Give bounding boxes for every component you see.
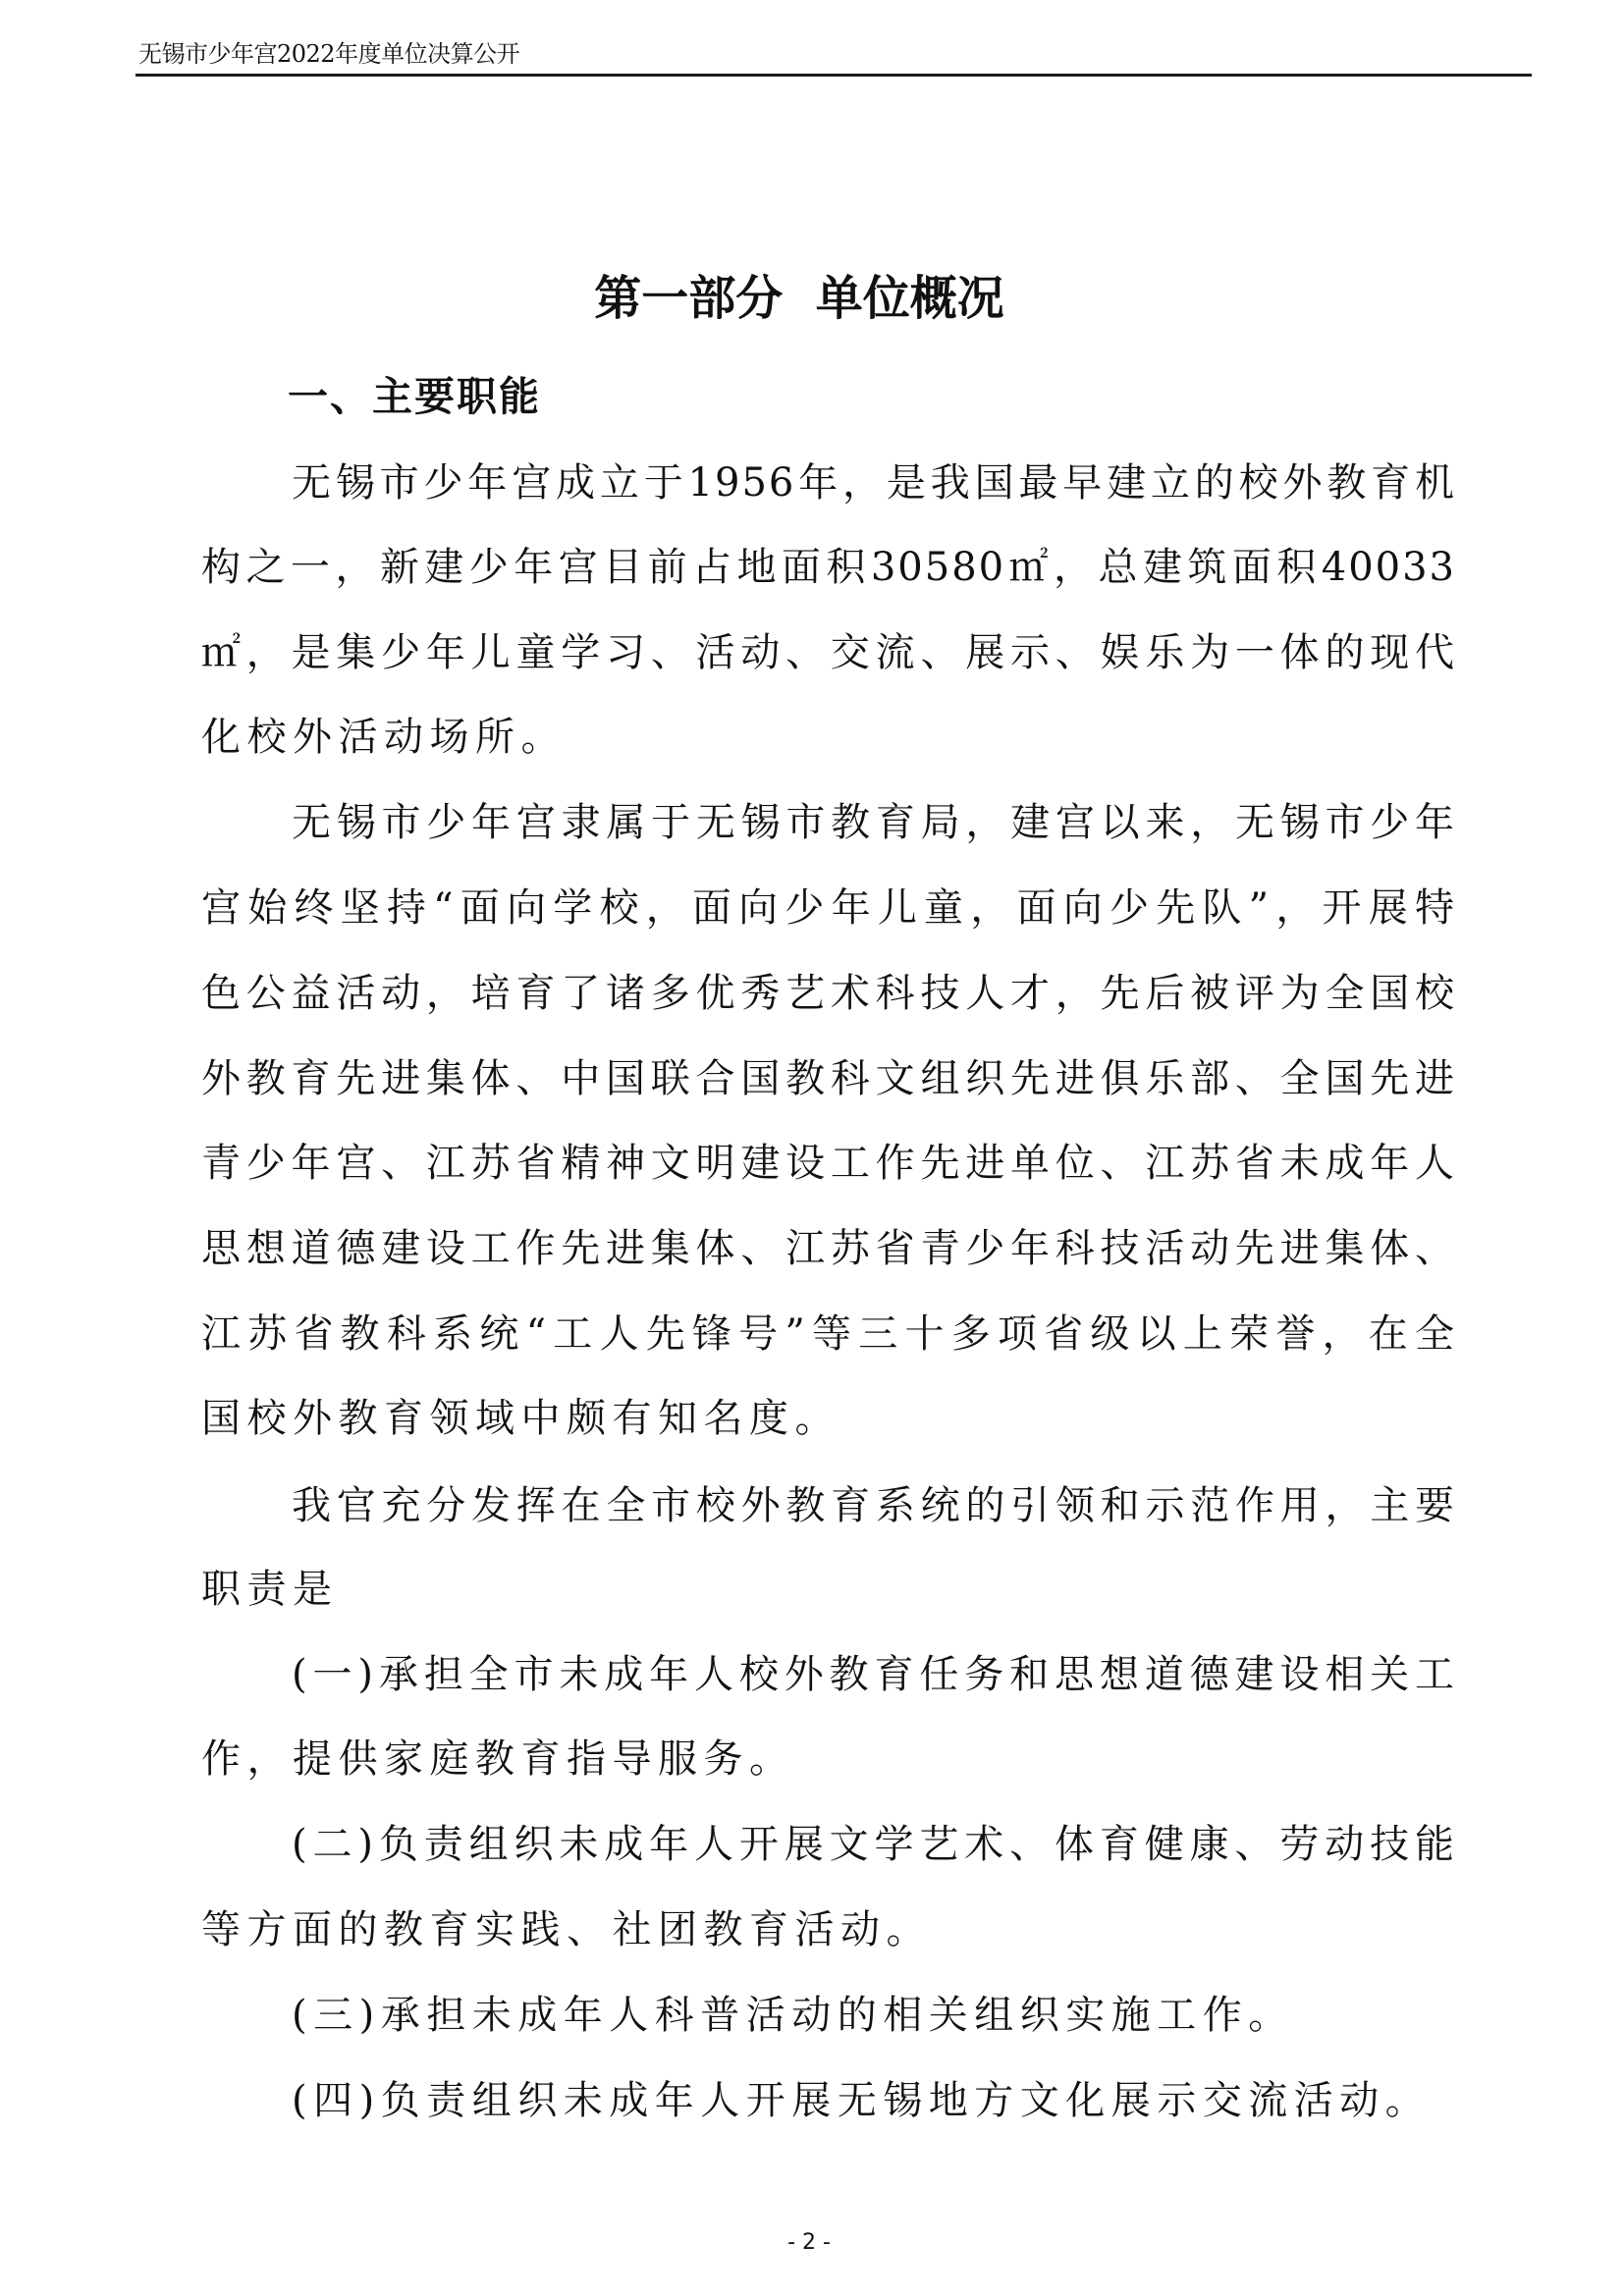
part-title: 第一部分 单位概况 bbox=[0, 267, 1624, 330]
text-line: 化校外活动场所。 bbox=[201, 708, 1456, 767]
text-line: 无锡市少年宫成立于1956年，是我国最早建立的校外教育机 bbox=[292, 454, 1456, 512]
text-line: 宫始终坚持“面向学校，面向少年儿童，面向少先队”，开展特 bbox=[201, 879, 1456, 937]
section-heading: 一、主要职能 bbox=[288, 369, 541, 424]
page-header: 无锡市少年宫2022年度单位决算公开 bbox=[135, 37, 1532, 77]
text-line: 思想道德建设工作先进集体、江苏省青少年科技活动先进集体、 bbox=[201, 1219, 1456, 1278]
text-line: 色公益活动，培育了诸多优秀艺术科技人才，先后被评为全国校 bbox=[201, 964, 1456, 1023]
text-line: 构之一，新建少年宫目前占地面积30580㎡，总建筑面积40033 bbox=[201, 538, 1456, 597]
text-line: 国校外教育领域中颇有知名度。 bbox=[201, 1389, 1456, 1448]
text-line: 作，提供家庭教育指导服务。 bbox=[201, 1730, 1456, 1789]
text-line: 青少年宫、江苏省精神文明建设工作先进单位、江苏省未成年人 bbox=[201, 1134, 1456, 1193]
text-line: 职责是 bbox=[201, 1560, 1456, 1619]
running-title: 无锡市少年宫2022年度单位决算公开 bbox=[138, 39, 519, 69]
text-line: 我官充分发挥在全市校外教育系统的引领和示范作用，主要 bbox=[292, 1476, 1456, 1535]
page-number: - 2 - bbox=[0, 2228, 1624, 2258]
text-line: 无锡市少年宫隶属于无锡市教育局，建宫以来，无锡市少年 bbox=[292, 793, 1456, 852]
text-line: (一)承担全市未成年人校外教育任务和思想道德建设相关工 bbox=[292, 1645, 1456, 1704]
text-line: ㎡，是集少年儿童学习、活动、交流、展示、娱乐为一体的现代 bbox=[201, 623, 1456, 682]
text-line: (四)负责组织未成年人开展无锡地方文化展示交流活动。 bbox=[292, 2071, 1456, 2130]
text-line: (二)负责组织未成年人开展文学艺术、体育健康、劳动技能 bbox=[292, 1815, 1456, 1874]
text-line: 外教育先进集体、中国联合国教科文组织先进俱乐部、全国先进 bbox=[201, 1049, 1456, 1108]
text-line: 江苏省教科系统“工人先锋号”等三十多项省级以上荣誉，在全 bbox=[201, 1305, 1456, 1363]
text-line: (三)承担未成年人科普活动的相关组织实施工作。 bbox=[292, 1986, 1456, 2045]
text-line: 等方面的教育实践、社团教育活动。 bbox=[201, 1900, 1456, 1959]
